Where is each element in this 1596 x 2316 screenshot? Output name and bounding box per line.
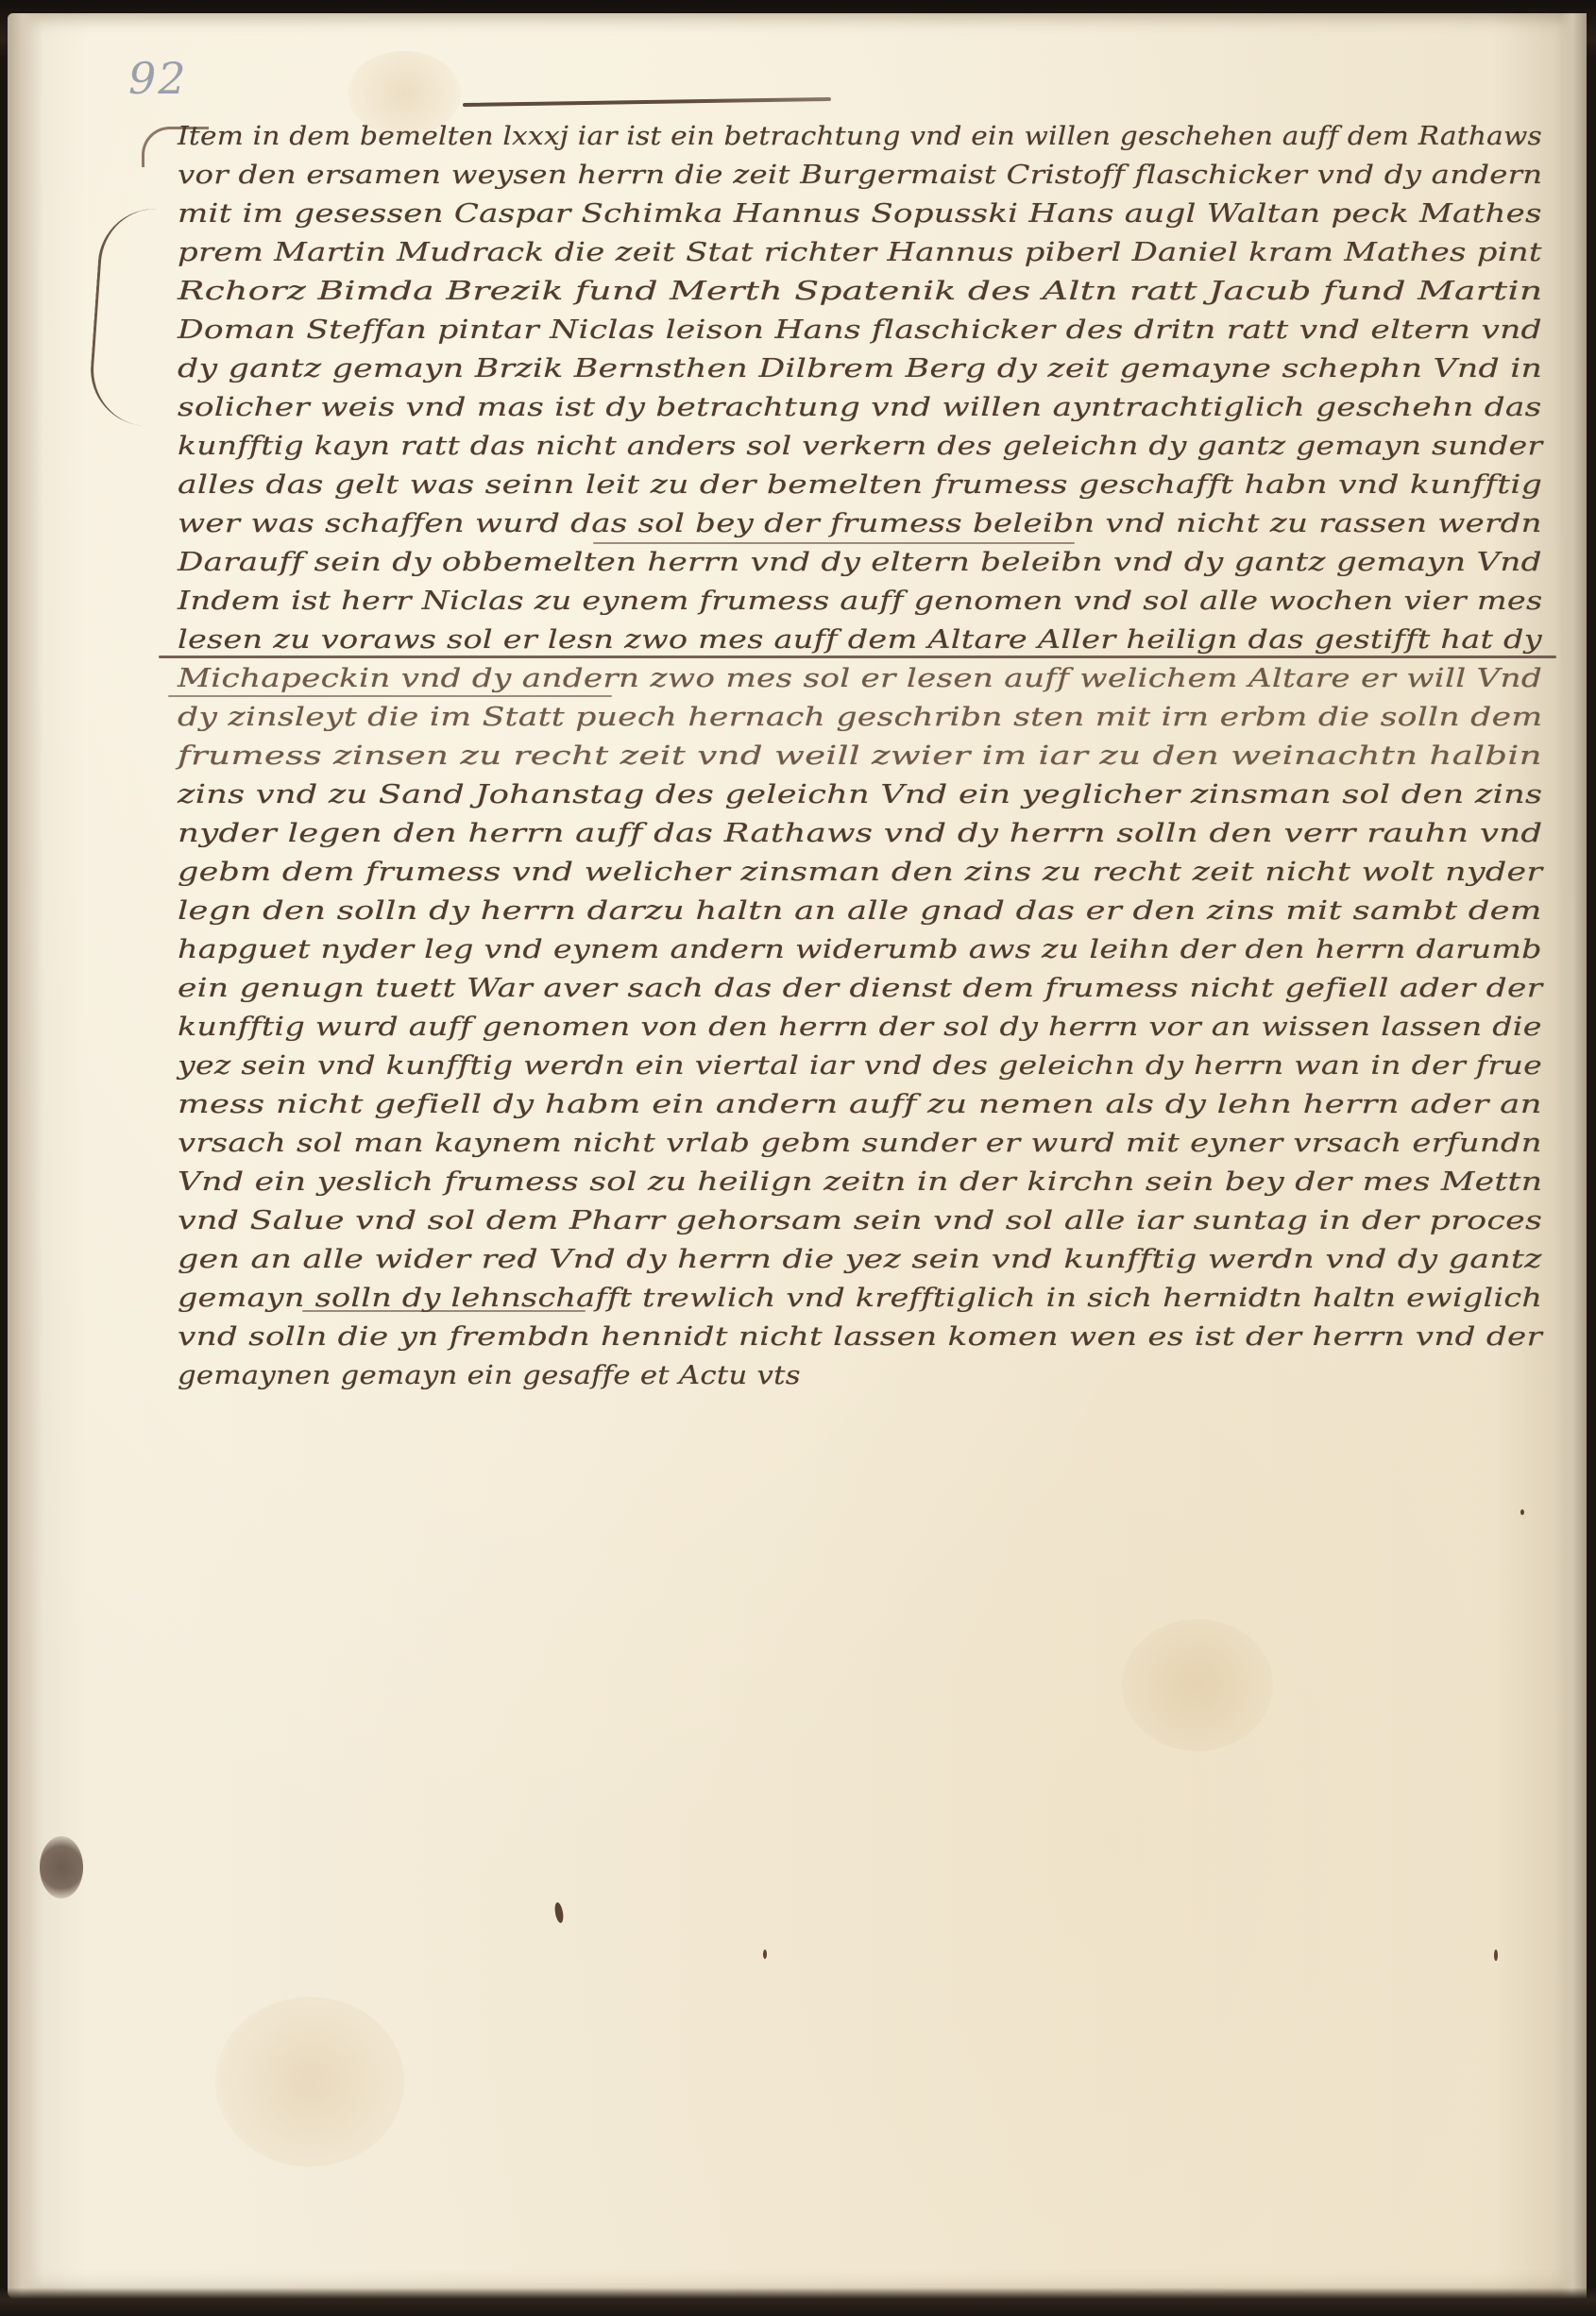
manuscript-line: prem Martin Mudrack die zeit Stat richte…: [178, 237, 1542, 269]
manuscript-line: frumess zinsen zu recht zeit vnd weill z…: [178, 741, 1542, 773]
manuscript-line: zins vnd zu Sand Johanstag des geleichn …: [178, 779, 1542, 811]
manuscript-line: solicher weis vnd mas ist dy betrachtung…: [178, 392, 1541, 424]
manuscript-line: dy gantz gemayn Brzik Bernsthen Dilbrem …: [178, 353, 1542, 385]
manuscript-line: vnd solln die yn frembdn hennidt nicht l…: [178, 1321, 1542, 1354]
text-underline: [302, 1310, 586, 1312]
manuscript-line: vrsach sol man kaynem nicht vrlab gebm s…: [178, 1128, 1542, 1160]
manuscript-line: Doman Steffan pintar Niclas leison Hans …: [178, 315, 1542, 347]
manuscript-line: yez sein vnd kunfftig werdn ein viertal …: [178, 1050, 1542, 1082]
manuscript-line: gebm dem frumess vnd welicher zinsman de…: [178, 857, 1542, 889]
paper-stain: [215, 1997, 404, 2167]
text-underline: [159, 656, 1556, 658]
text-underline: [593, 542, 1075, 544]
manuscript-page: 92 Item in dem bemelten lxxxj iar ist ei…: [8, 13, 1587, 2299]
manuscript-line: mess nicht gefiell dy habm ein andern au…: [178, 1089, 1542, 1121]
ink-speck: [1520, 1509, 1524, 1515]
manuscript-line: kunfftig kayn ratt das nicht anders sol …: [178, 431, 1542, 463]
ink-blot: [40, 1836, 83, 1899]
manuscript-line: Vnd ein yeslich frumess sol zu heilign z…: [178, 1167, 1542, 1199]
manuscript-line: Rchorz Bimda Brezik fund Merth Spatenik …: [178, 276, 1542, 308]
manuscript-line: ein genugn tuett War aver sach das der d…: [178, 973, 1542, 1005]
scan-bottom-shadow: [0, 2288, 1596, 2316]
manuscript-line: Michapeckin vnd dy andern zwo mes sol er…: [178, 663, 1542, 695]
manuscript-line: gemaynen gemayn ein gesaffe et Actu vts: [178, 1360, 801, 1392]
text-underline: [168, 695, 612, 697]
ink-speck: [1494, 1950, 1498, 1961]
manuscript-line: lesen zu voraws sol er lesn zwo mes auff…: [178, 624, 1542, 656]
manuscript-line: vnd Salue vnd sol dem Pharr gehorsam sei…: [178, 1205, 1542, 1237]
manuscript-text-block: Item in dem bemelten lxxxj iar ist ein b…: [8, 13, 1587, 2299]
manuscript-line: legn den solln dy herrn darzu haltn an a…: [178, 895, 1542, 928]
manuscript-line: Darauff sein dy obbemelten herrn vnd dy …: [178, 547, 1542, 579]
ink-speck: [763, 1950, 767, 1959]
manuscript-line: nyder legen den herrn auff das Rathaws v…: [178, 818, 1542, 850]
manuscript-line: hapguet nyder leg vnd eynem andern wider…: [178, 934, 1542, 966]
paper-stain: [1122, 1619, 1273, 1751]
manuscript-line: alles das gelt was seinn leit zu der bem…: [178, 469, 1542, 502]
manuscript-line: kunfftig wurd auff genomen von den herrn…: [178, 1012, 1542, 1044]
manuscript-line: gen an alle wider red Vnd dy herrn die y…: [178, 1244, 1542, 1276]
manuscript-line: Indem ist herr Niclas zu eynem frumess a…: [178, 586, 1542, 618]
paper-stain: [348, 51, 461, 136]
manuscript-line: wer was schaffen wurd das sol bey der fr…: [178, 508, 1542, 540]
manuscript-line: vor den ersamen weysen herrn die zeit Bu…: [178, 160, 1542, 192]
manuscript-line: mit im gesessen Caspar Schimka Hannus So…: [178, 198, 1542, 230]
manuscript-line: dy zinsleyt die im Statt puech hernach g…: [178, 702, 1542, 734]
